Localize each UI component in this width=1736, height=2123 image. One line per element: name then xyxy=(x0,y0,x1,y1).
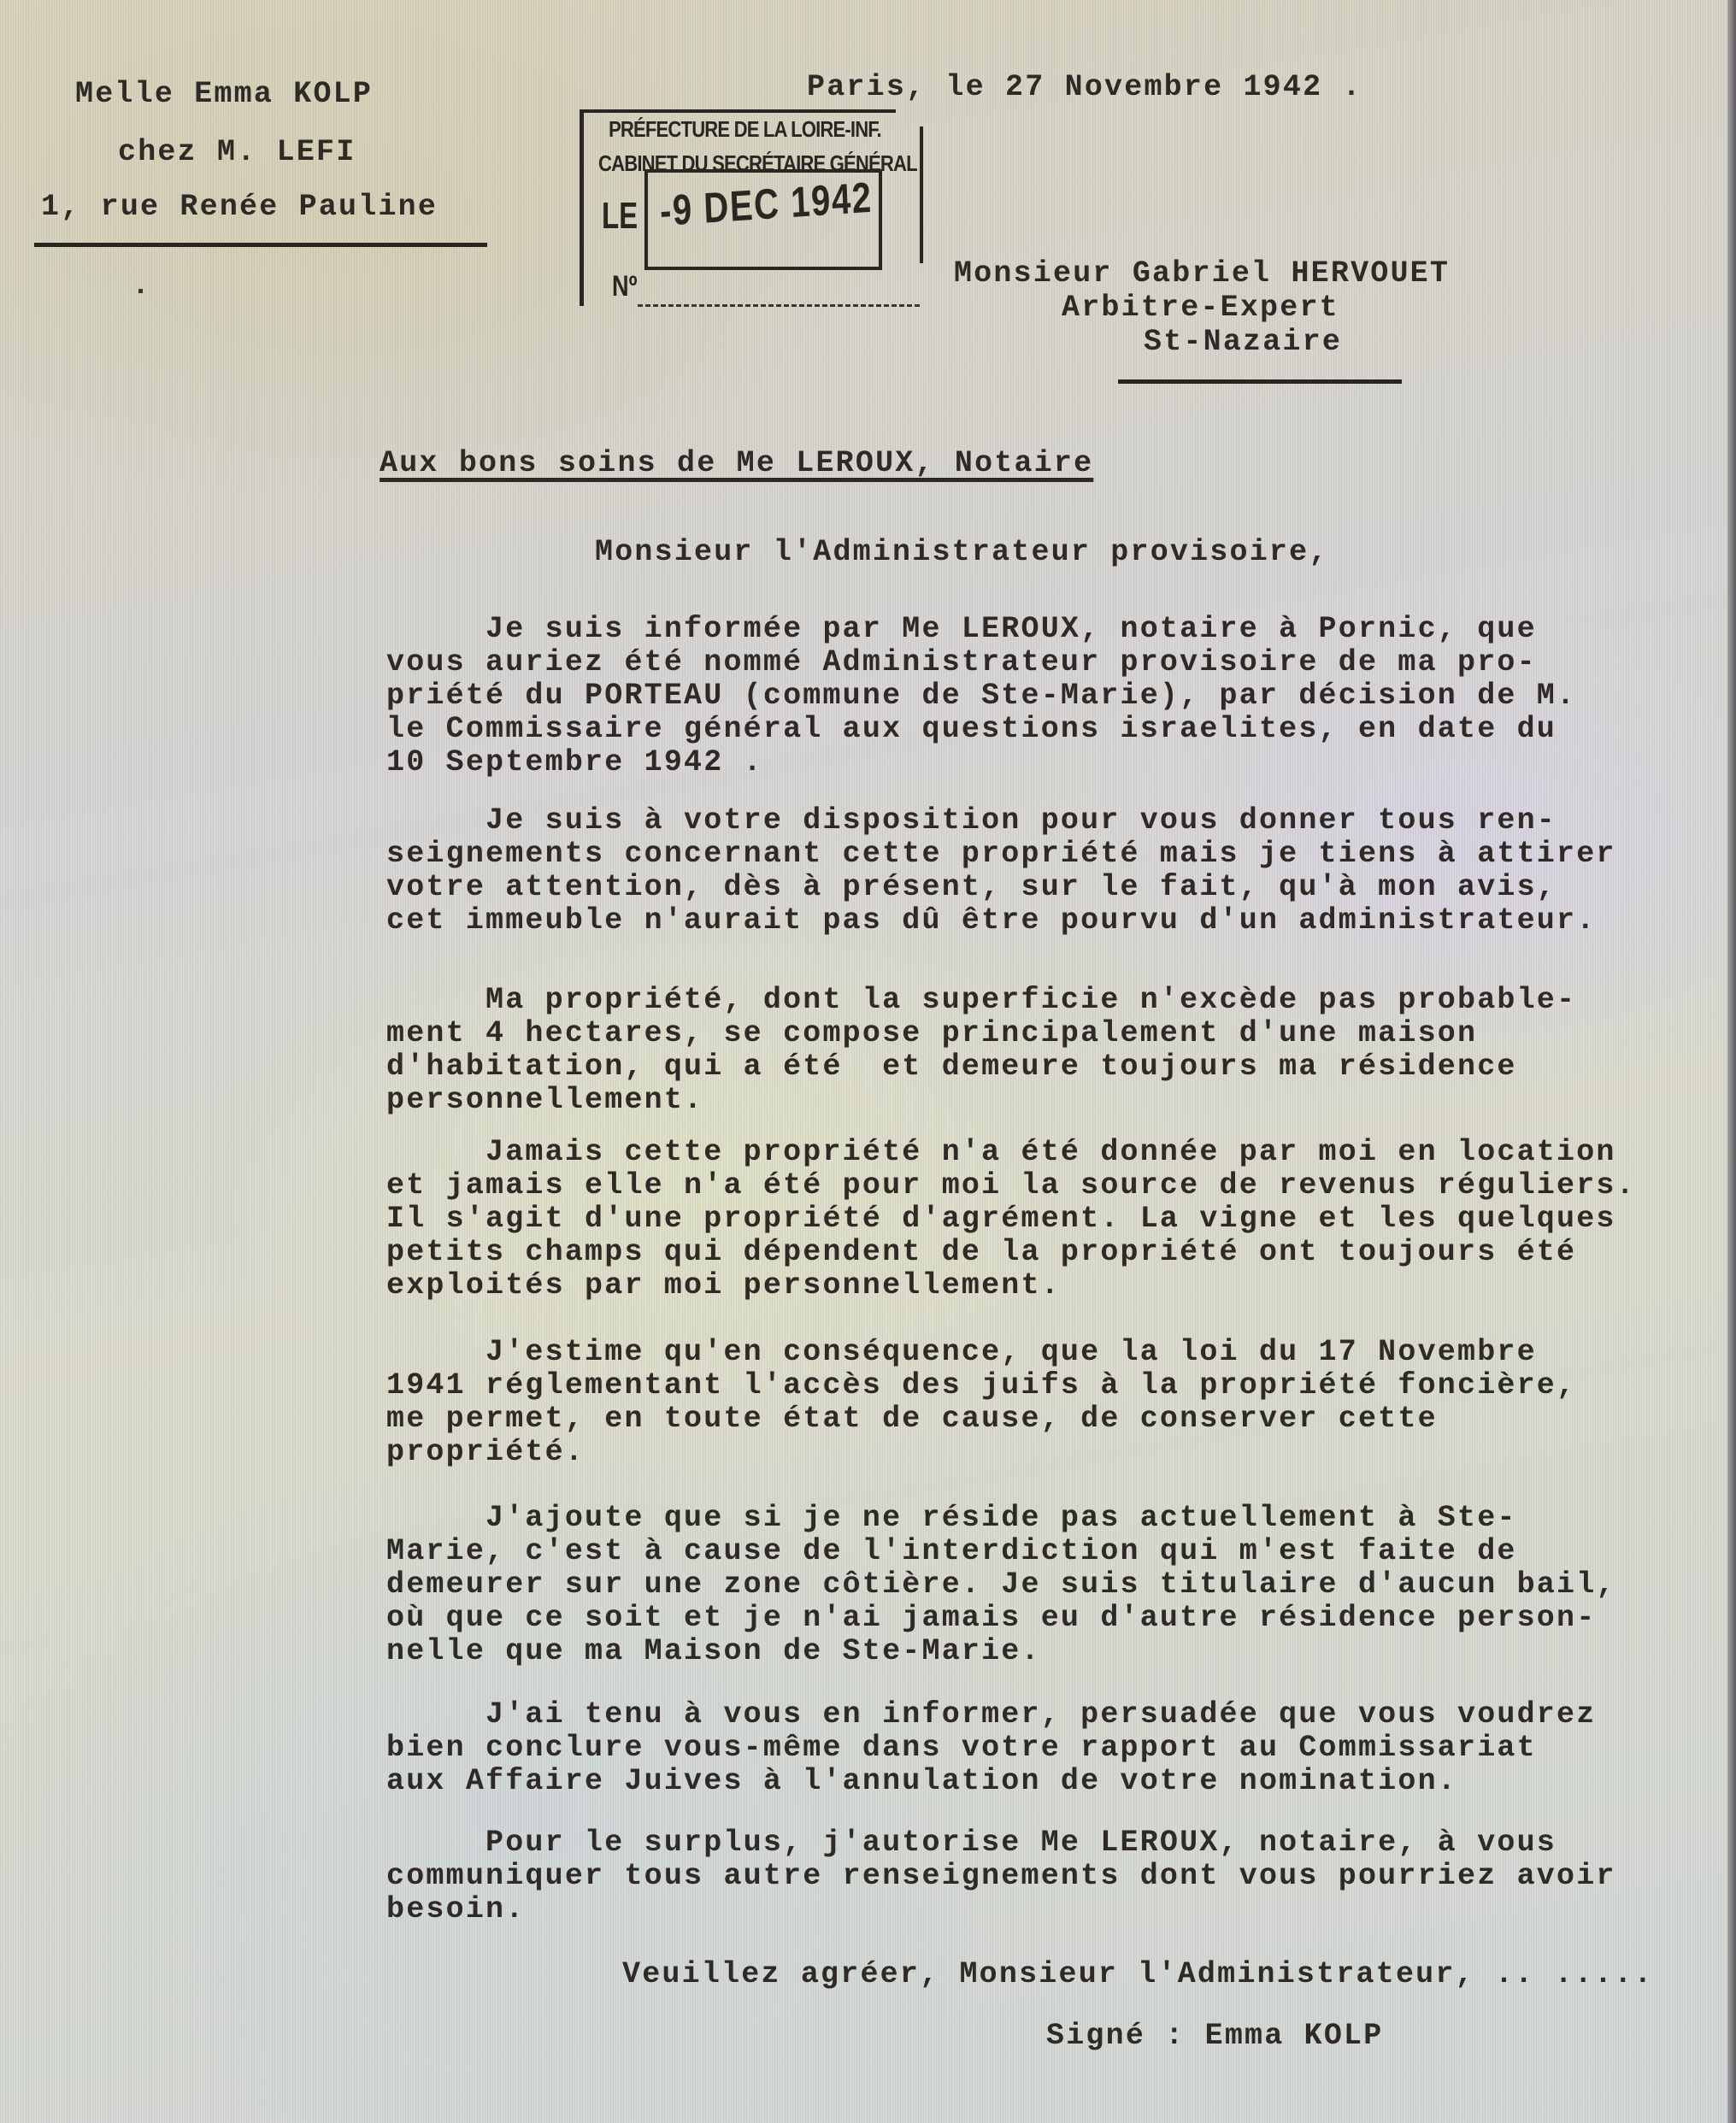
paragraph-3-line: d'habitation, qui a été et demeure toujo… xyxy=(386,1050,1517,1084)
paragraph-1-line: le Commissaire général aux questions isr… xyxy=(386,712,1557,746)
screen-edge xyxy=(1727,0,1736,2123)
paragraph-6-line: Marie, c'est à cause de l'interdiction q… xyxy=(386,1534,1517,1568)
sender-underline xyxy=(34,243,487,247)
received-stamp: PRÉFECTURE DE LA LOIRE-INF. CABINET DU S… xyxy=(578,101,937,315)
paragraph-6-line: J'ajoute que si je ne réside pas actuell… xyxy=(386,1501,1517,1535)
paragraph-4-line: exploités par moi personnellement. xyxy=(386,1268,1061,1303)
stamp-le-label: LE xyxy=(602,195,638,238)
paragraph-8-line: Pour le surplus, j'autorise Me LEROUX, n… xyxy=(386,1826,1557,1860)
paragraph-3-line: Ma propriété, dont la superficie n'excèd… xyxy=(386,983,1576,1017)
paragraph-8-line: besoin. xyxy=(386,1892,525,1926)
stamp-number-rule xyxy=(638,304,920,309)
sender-street: 1, rue Renée Pauline xyxy=(41,190,438,224)
paragraph-2-line: cet immeuble n'aurait pas dû être pourvu… xyxy=(386,903,1596,938)
paragraph-6-line: demeurer sur une zone côtière. Je suis t… xyxy=(386,1567,1616,1602)
paragraph-4-line: Il s'agit d'une propriété d'agrément. La… xyxy=(386,1202,1616,1236)
stamp-border xyxy=(580,109,896,113)
paragraph-7-line: bien conclure vous-même dans votre rappo… xyxy=(386,1731,1537,1765)
stamp-prefecture: PRÉFECTURE DE LA LOIRE-INF. xyxy=(609,116,881,143)
paragraph-6-line: où que ce soit et je n'ai jamais eu d'au… xyxy=(386,1601,1596,1635)
letter-date: Paris, le 27 Novembre 1942 . xyxy=(807,70,1362,104)
paragraph-4-line: Jamais cette propriété n'a été donnée pa… xyxy=(386,1135,1616,1169)
ink-dot xyxy=(138,289,143,293)
paragraph-7-line: J'ai tenu à vous en informer, persuadée … xyxy=(386,1697,1596,1732)
paragraph-5-line: me permet, en toute état de cause, de co… xyxy=(386,1402,1438,1436)
signature: Signé : Emma KOLP xyxy=(1046,2019,1383,2053)
paragraph-5-line: J'estime qu'en conséquence, que la loi d… xyxy=(386,1335,1537,1369)
paragraph-1-line: priété du PORTEAU (commune de Ste-Marie)… xyxy=(386,679,1576,713)
recipient-title: Arbitre-Expert xyxy=(1062,291,1339,325)
closing-formula: Veuillez agréer, Monsieur l'Administrate… xyxy=(523,1957,1654,1991)
paragraph-2-line: Je suis à votre disposition pour vous do… xyxy=(386,803,1557,838)
sender-name: Melle Emma KOLP xyxy=(75,77,373,111)
paragraph-3-line: ment 4 hectares, se compose principaleme… xyxy=(386,1016,1477,1050)
care-of-line: Aux bons soins de Me LEROUX, Notaire xyxy=(380,446,1093,480)
paragraph-5-line: propriété. xyxy=(386,1435,585,1469)
salutation: Monsieur l'Administrateur provisoire, xyxy=(595,535,1329,569)
paragraph-8-line: communiquer tous autre renseignements do… xyxy=(386,1859,1616,1893)
paragraph-1-line: Je suis informée par Me LEROUX, notaire … xyxy=(386,612,1537,646)
stamp-number-label: Nº xyxy=(612,270,638,303)
paragraph-4-line: petits champs qui dépendent de la propri… xyxy=(386,1235,1576,1269)
recipient-name: Monsieur Gabriel HERVOUET xyxy=(954,256,1450,291)
recipient-city: St-Nazaire xyxy=(1144,325,1342,359)
paragraph-4-line: et jamais elle n'a été pour moi la sourc… xyxy=(386,1168,1636,1203)
paragraph-2-line: votre attention, dès à présent, sur le f… xyxy=(386,870,1557,904)
paragraph-1-line: 10 Septembre 1942 . xyxy=(386,745,763,779)
paragraph-7-line: aux Affaire Juives à l'annulation de vot… xyxy=(386,1764,1457,1798)
paragraph-5-line: 1941 réglementant l'accès des juifs à la… xyxy=(386,1368,1576,1403)
paragraph-6-line: nelle que ma Maison de Ste-Marie. xyxy=(386,1634,1041,1668)
recipient-underline xyxy=(1118,379,1402,384)
paragraph-2-line: seignements concernant cette propriété m… xyxy=(386,837,1616,871)
paragraph-1-line: vous auriez été nommé Administrateur pro… xyxy=(386,645,1537,679)
sender-care-of: chez M. LEFI xyxy=(118,135,356,169)
stamp-border xyxy=(920,126,923,263)
stamp-border xyxy=(580,109,584,306)
paragraph-3-line: personnellement. xyxy=(386,1083,703,1117)
